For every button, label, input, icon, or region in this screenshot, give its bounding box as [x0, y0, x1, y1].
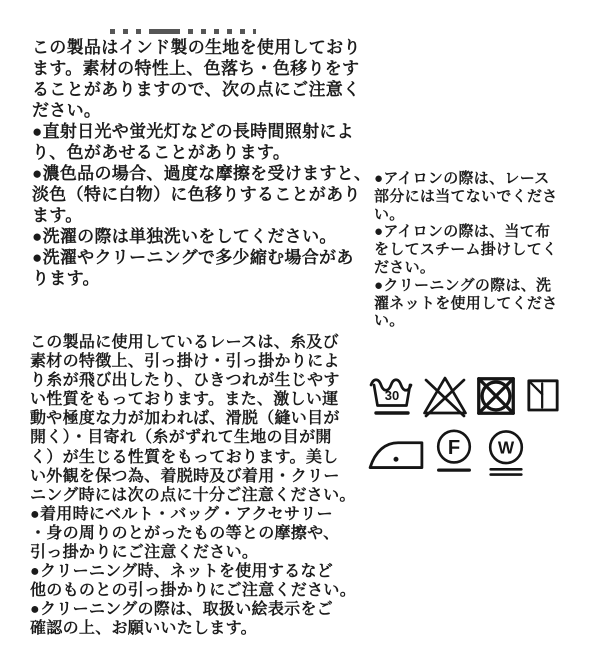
- iron-low-one-dot-icon: [367, 430, 425, 472]
- line-dry-in-shade-icon: [523, 372, 563, 418]
- svg-text:W: W: [498, 437, 515, 457]
- do-not-tumble-dry-icon: [473, 372, 519, 418]
- wash-30-mild-icon: 30: [367, 372, 417, 418]
- svg-text:F: F: [448, 437, 460, 459]
- care-symbols: 30: [367, 372, 587, 479]
- clipped-heading: [110, 29, 256, 34]
- fabric-notice-text: この製品はインド製の生地を使用しております。素材の特性上、色落ち・色移りをするこ…: [32, 37, 372, 289]
- care-symbols-row-2: F W: [367, 426, 587, 479]
- iron-cleaning-notice-text: ●アイロンの際は、レース部分には当てないでください。●アイロンの際は、当て布をし…: [374, 170, 590, 330]
- wet-clean-w-very-mild-icon: W: [483, 426, 529, 479]
- care-symbols-row-1: 30: [367, 372, 587, 418]
- dry-clean-f-mild-icon: F: [431, 426, 477, 474]
- svg-text:30: 30: [385, 388, 399, 403]
- garment-care-label: この製品はインド製の生地を使用しております。素材の特性上、色落ち・色移りをするこ…: [0, 0, 600, 650]
- do-not-bleach-icon: [421, 372, 469, 418]
- lace-notice-text: この製品に使用しているレースは、糸及び素材の特徴上、引っ掛け・引っ掛かりにより糸…: [30, 333, 374, 639]
